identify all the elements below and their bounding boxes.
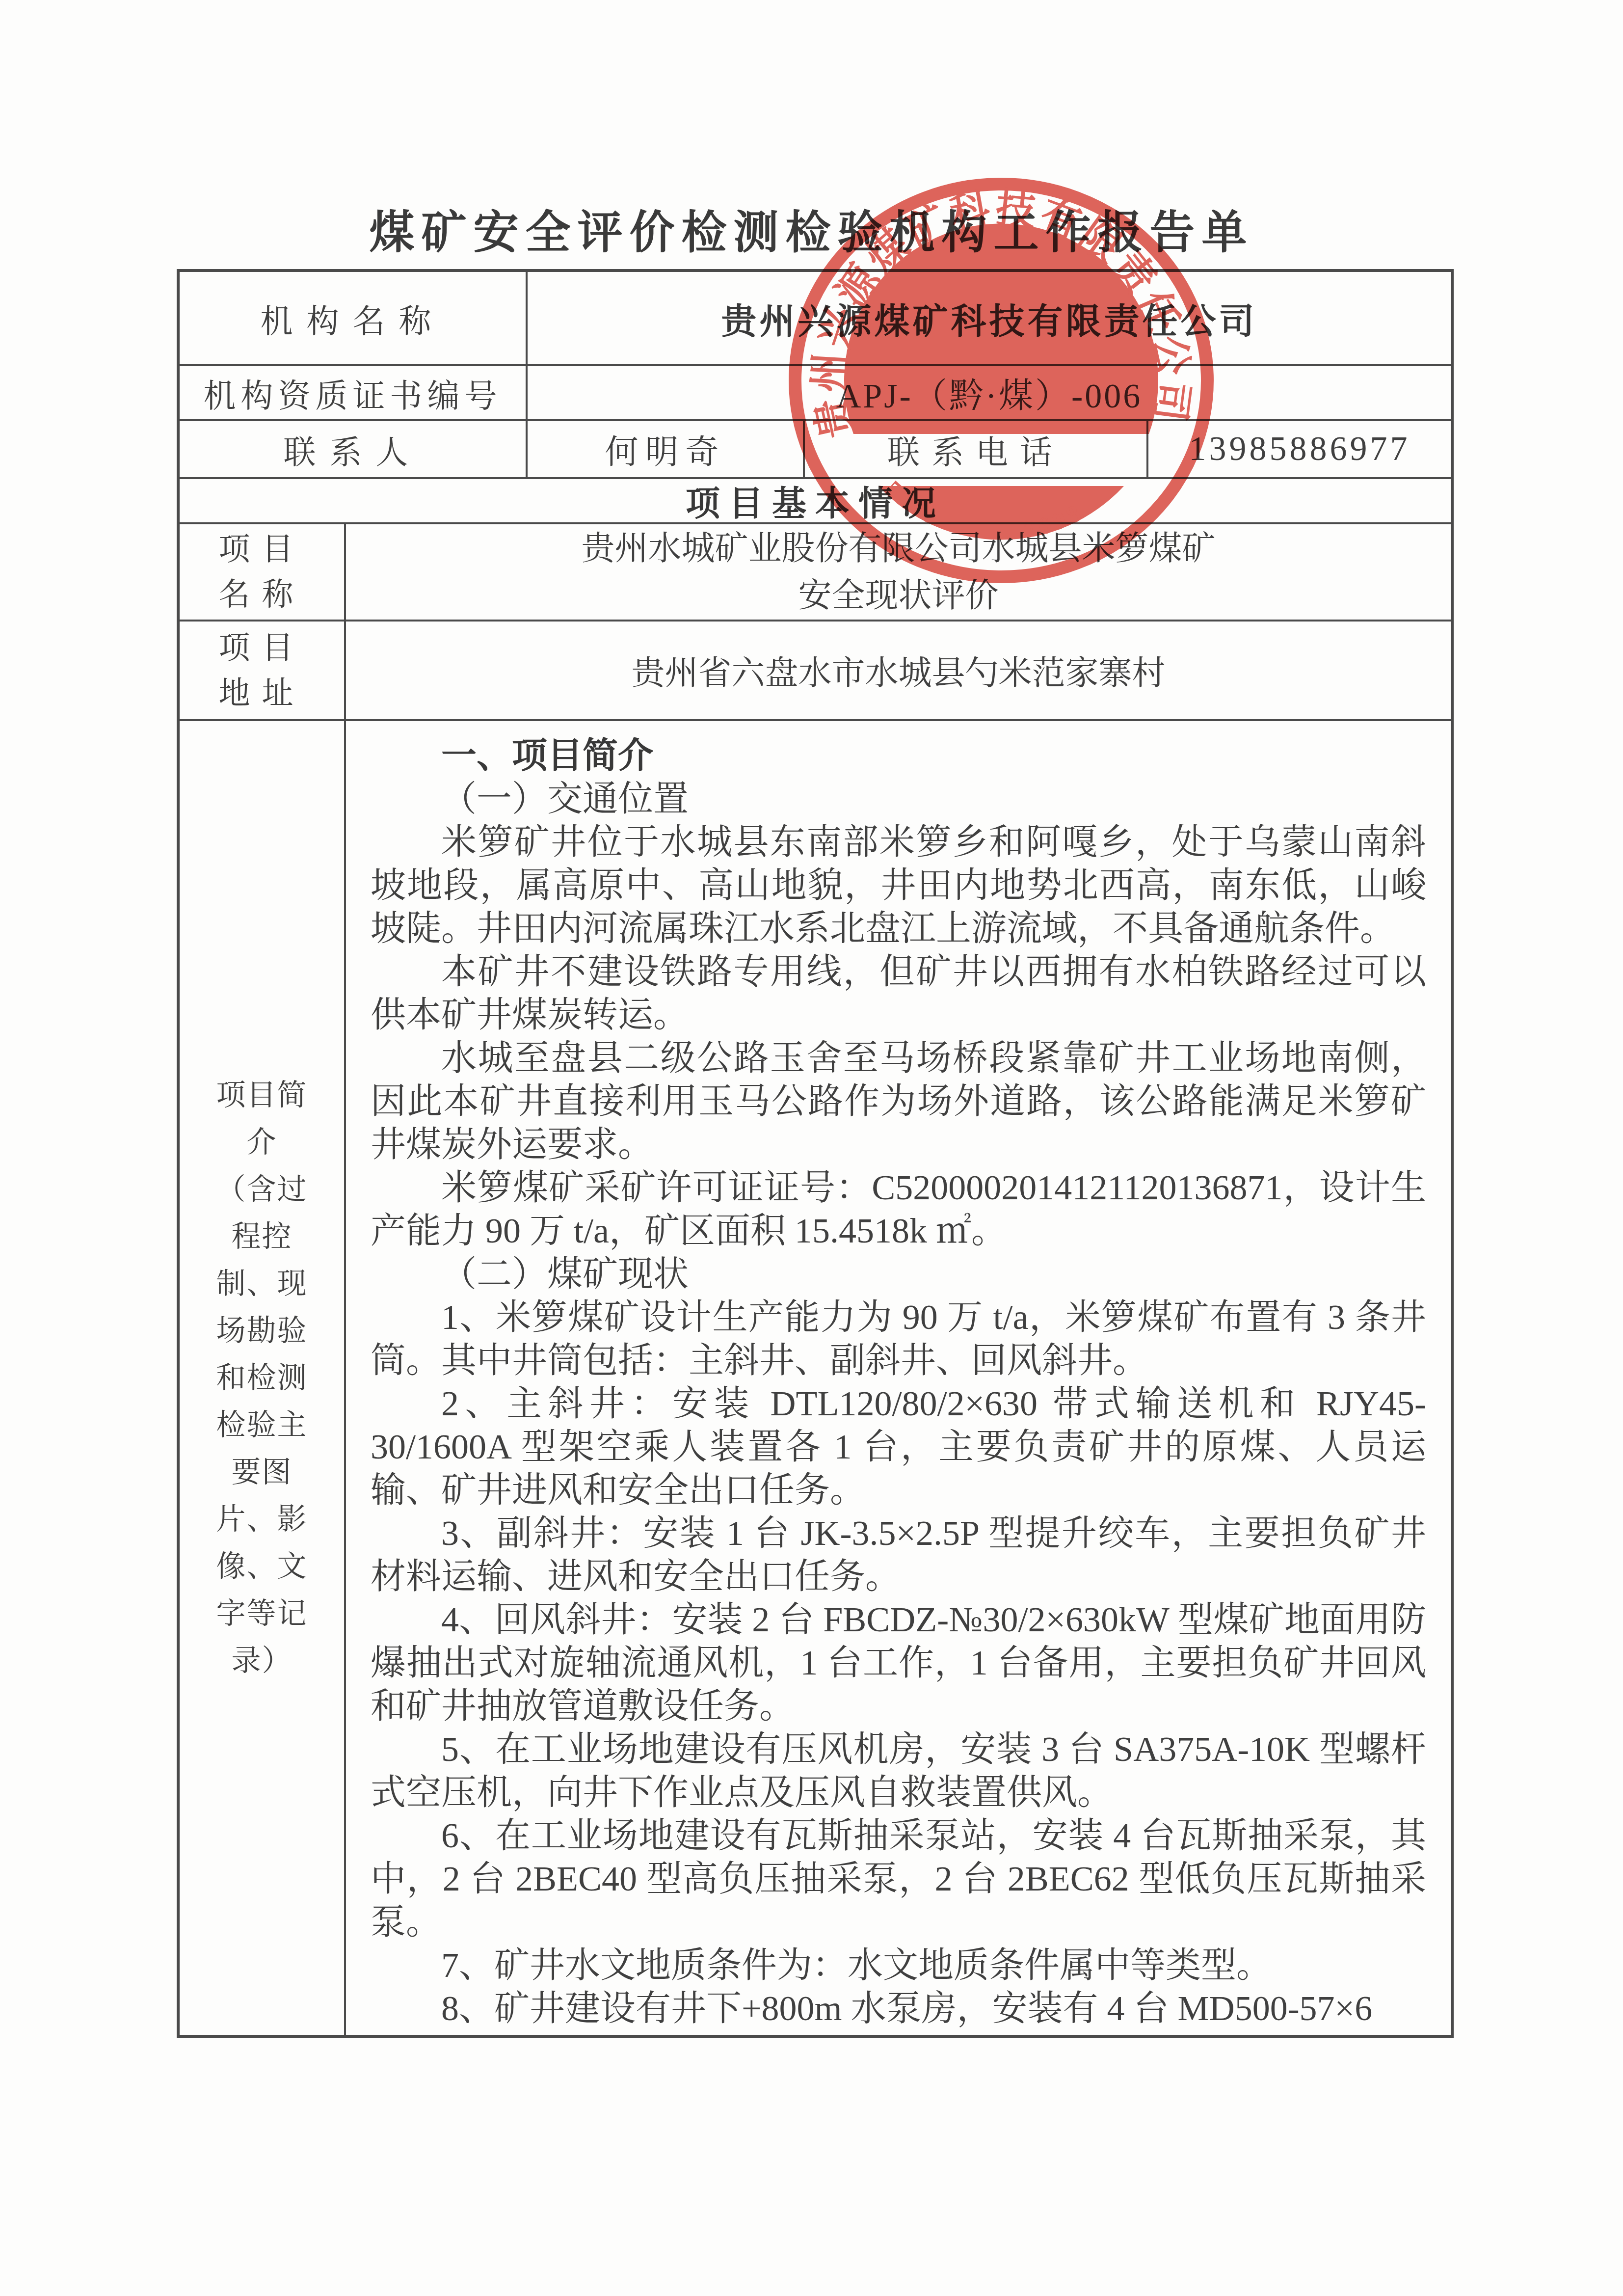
phone-value: 13985886977 [1146, 421, 1451, 477]
table-row-contact: 联系人 何明奇 联系电话 13985886977 [180, 419, 1451, 477]
body-paragraph: 4、回风斜井：安装 2 台 FBCDZ-№30/2×630kW 型煤矿地面用防爆… [371, 1598, 1426, 1728]
table-row-project-address: 项目 地址 贵州省六盘水市水城县勺米范家寨村 [180, 620, 1451, 719]
body-paragraph: 1、米箩煤矿设计生产能力为 90 万 t/a，米箩煤矿布置有 3 条井筒。其中井… [371, 1296, 1426, 1382]
project-address-label-line1: 项目 [219, 625, 305, 671]
body-paragraph: 6、在工业场地建设有瓦斯抽采泵站，安装 4 台瓦斯抽采泵，其中，2 台 2BEC… [371, 1814, 1426, 1944]
cert-number-value: APJ-（黔·煤）-006 [526, 366, 1451, 419]
intro-label-line: 制、现 [216, 1260, 308, 1307]
body-paragraph: 5、在工业场地建设有压风机房，安装 3 台 SA375A-10K 型螺杆式空压机… [371, 1728, 1426, 1814]
cert-number-label: 机构资质证书编号 [180, 366, 526, 419]
org-name-label: 机构名称 [180, 272, 526, 364]
project-address-label: 项目 地址 [180, 621, 344, 719]
intro-label-line: 项目简 [216, 1072, 308, 1119]
project-address-label-line2: 地址 [219, 671, 305, 716]
intro-label-line: 和检测 [216, 1354, 308, 1402]
scanned-report-page: 煤矿安全评价检测检验机构工作报告单 机构名称 贵州兴源煤矿科技有限责任公司 机构… [0, 0, 1623, 2296]
page-title: 煤矿安全评价检测检验机构工作报告单 [0, 196, 1623, 261]
phone-label: 联系电话 [803, 421, 1146, 477]
report-table: 机构名称 贵州兴源煤矿科技有限责任公司 机构资质证书编号 APJ-（黔·煤）-0… [177, 269, 1454, 2038]
body-paragraph: （二）煤矿现状 [371, 1252, 1426, 1296]
table-row-section-header: 项目基本情况 [180, 477, 1451, 522]
table-row-project-intro: 项目简 介 （含过 程控 制、现 场勘验 和检测 检验主 要图 片、影 像、文 … [180, 719, 1451, 2035]
intro-label-line: 要图 [232, 1449, 293, 1496]
contact-label: 联系人 [180, 421, 526, 477]
project-address-value: 贵州省六盘水市水城县勺米范家寨村 [344, 621, 1451, 719]
body-paragraph: 7、矿井水文地质条件为：水文地质条件属中等类型。 [371, 1944, 1426, 1987]
org-name-value: 贵州兴源煤矿科技有限责任公司 [526, 272, 1451, 364]
intro-label-line: 像、文 [216, 1543, 308, 1590]
project-name-label-line1: 项目 [219, 527, 305, 572]
intro-label-line: 场勘验 [216, 1307, 308, 1354]
project-intro-body: 一、项目简介 （一）交通位置 米箩矿井位于水城县东南部米箩乡和阿嘎乡，处于乌蒙山… [346, 721, 1451, 2035]
project-name-value-line2: 安全现状评价 [798, 572, 998, 619]
intro-label-line: 录） [232, 1637, 293, 1684]
body-paragraph: 3、副斜井：安装 1 台 JK-3.5×2.5P 型提升绞车，主要担负矿井材料运… [371, 1512, 1426, 1598]
intro-label-line: （含过 [216, 1166, 308, 1213]
section-header: 项目基本情况 [180, 479, 1451, 522]
body-paragraph: 米箩矿井位于水城县东南部米箩乡和阿嘎乡，处于乌蒙山南斜坡地段，属高原中、高山地貌… [371, 820, 1426, 950]
body-paragraph: 水城至盘县二级公路玉舍至马场桥段紧靠矿井工业场地南侧，因此本矿井直接利用玉马公路… [371, 1036, 1426, 1166]
project-name-value-line1: 贵州水城矿业股份有限公司水城县米箩煤矿 [581, 525, 1215, 572]
table-row-cert: 机构资质证书编号 APJ-（黔·煤）-006 [180, 364, 1451, 419]
intro-label-line: 介 [247, 1119, 277, 1166]
body-paragraph: 一、项目简介 [371, 734, 1426, 777]
contact-value: 何明奇 [526, 421, 803, 477]
table-row-project-name: 项目 名称 贵州水城矿业股份有限公司水城县米箩煤矿 安全现状评价 [180, 522, 1451, 620]
body-paragraph: 本矿井不建设铁路专用线，但矿井以西拥有水柏铁路经过可以供本矿井煤炭转运。 [371, 950, 1426, 1036]
intro-label-line: 片、影 [216, 1496, 308, 1543]
intro-label-line: 检验主 [216, 1402, 308, 1449]
intro-label-line: 字等记 [216, 1590, 308, 1637]
table-row-org-name: 机构名称 贵州兴源煤矿科技有限责任公司 [180, 272, 1451, 364]
intro-label-line: 程控 [232, 1213, 293, 1260]
project-name-label: 项目 名称 [180, 524, 344, 620]
project-name-label-line2: 名称 [219, 572, 305, 617]
project-name-value: 贵州水城矿业股份有限公司水城县米箩煤矿 安全现状评价 [344, 524, 1451, 620]
project-intro-label: 项目简 介 （含过 程控 制、现 场勘验 和检测 检验主 要图 片、影 像、文 … [180, 721, 346, 2035]
body-paragraph: 8、矿井建设有井下+800m 水泵房，安装有 4 台 MD500-57×6 [371, 1987, 1426, 2030]
body-paragraph: 米箩煤矿采矿许可证证号：C5200002014121120136871，设计生产… [371, 1166, 1426, 1252]
body-paragraph: （一）交通位置 [371, 777, 1426, 820]
body-paragraph: 2、主斜井：安装 DTL120/80/2×630 带式输送机和 RJY45-30… [371, 1382, 1426, 1512]
